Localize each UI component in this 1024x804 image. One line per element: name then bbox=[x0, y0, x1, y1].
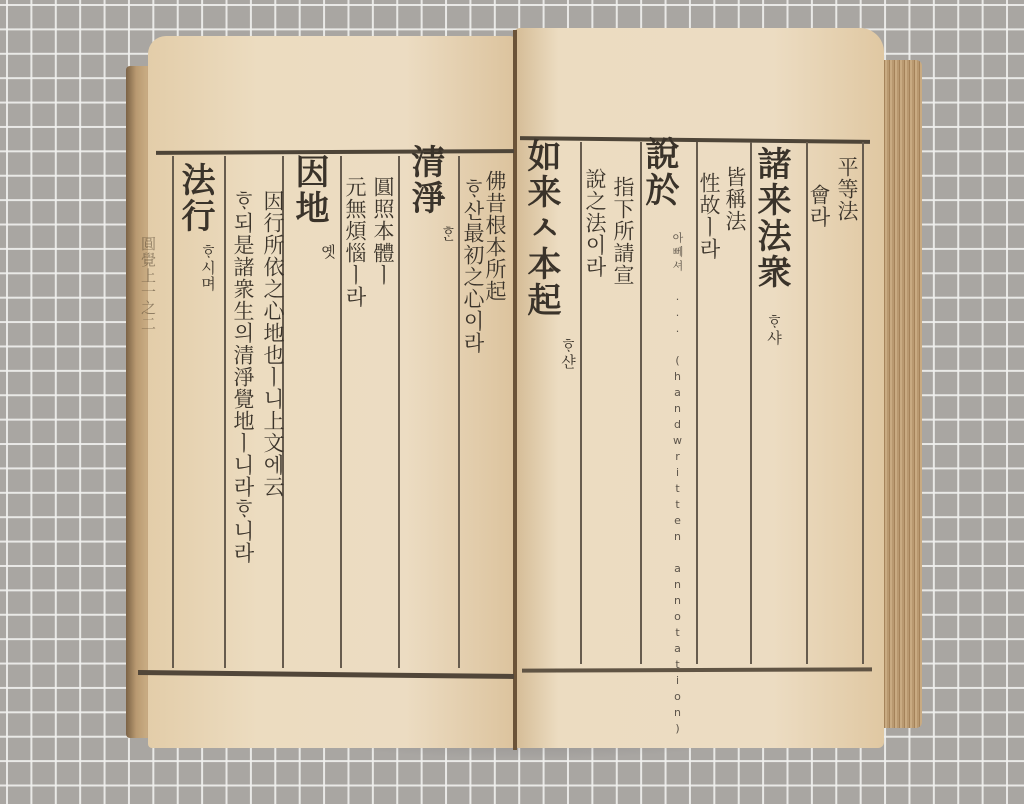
left-page bbox=[148, 36, 516, 748]
text-column: ᄒᆞ되是諸衆生의清淨覺地ㅣ니라ᄒᆞ니라 bbox=[232, 190, 253, 564]
column-rule bbox=[172, 156, 174, 668]
text-column: 佛昔根本所起 bbox=[484, 170, 505, 302]
text-column: 因行所依之心地也ㅣ니上文에云 bbox=[262, 190, 283, 498]
book-gutter bbox=[513, 30, 517, 750]
heading-column: 諸来法衆 bbox=[754, 146, 788, 290]
annotation: 옛 bbox=[320, 244, 335, 260]
text-column: 說之法이라 bbox=[584, 168, 605, 278]
text-column: 會라 bbox=[808, 184, 829, 228]
text-column: 性故ㅣ라 bbox=[698, 172, 719, 260]
annotation: ᄒᆞᆫ bbox=[440, 226, 455, 242]
column-rule bbox=[580, 142, 582, 664]
column-rule bbox=[398, 156, 400, 668]
text-column: 圓照本體ㅣ bbox=[372, 176, 393, 286]
text-column: 元無煩惱ㅣ라 bbox=[344, 176, 365, 308]
annotation: ᄒᆞ샤 bbox=[766, 314, 781, 346]
column-rule bbox=[340, 156, 342, 668]
column-rule bbox=[224, 156, 226, 668]
text-column: 平等法 bbox=[836, 156, 857, 222]
open-book: 佛昔根本所起 ᄒᆞ산最初之心이라 清淨 ᄒᆞᆫ 圓照本體ㅣ 元無煩惱ㅣ라 因地 … bbox=[0, 0, 1024, 804]
heading-column: 清淨 bbox=[408, 144, 442, 216]
heading-column: 因地 bbox=[292, 154, 326, 226]
margin-text: 圓覺上一之二 bbox=[140, 236, 155, 332]
heading-column: 說於 bbox=[642, 136, 676, 208]
column-rule bbox=[862, 142, 864, 664]
column-rule bbox=[458, 156, 460, 668]
column-rule bbox=[640, 142, 642, 664]
text-column: 皆稱法 bbox=[724, 166, 745, 232]
annotation: ᄒᆞ샨 bbox=[560, 338, 575, 370]
text-column: 指下所請宣 bbox=[612, 176, 633, 286]
handwritten-annotation: 아뻬셔 ... (handwritten annotation) bbox=[672, 232, 683, 738]
heading-column: 如来ㅅ本起 bbox=[524, 138, 558, 318]
annotation: ᄒᆞ시며 bbox=[200, 244, 215, 292]
text-column: ᄒᆞ산最初之心이라 bbox=[462, 178, 483, 354]
heading-column: 法行 bbox=[178, 162, 212, 234]
